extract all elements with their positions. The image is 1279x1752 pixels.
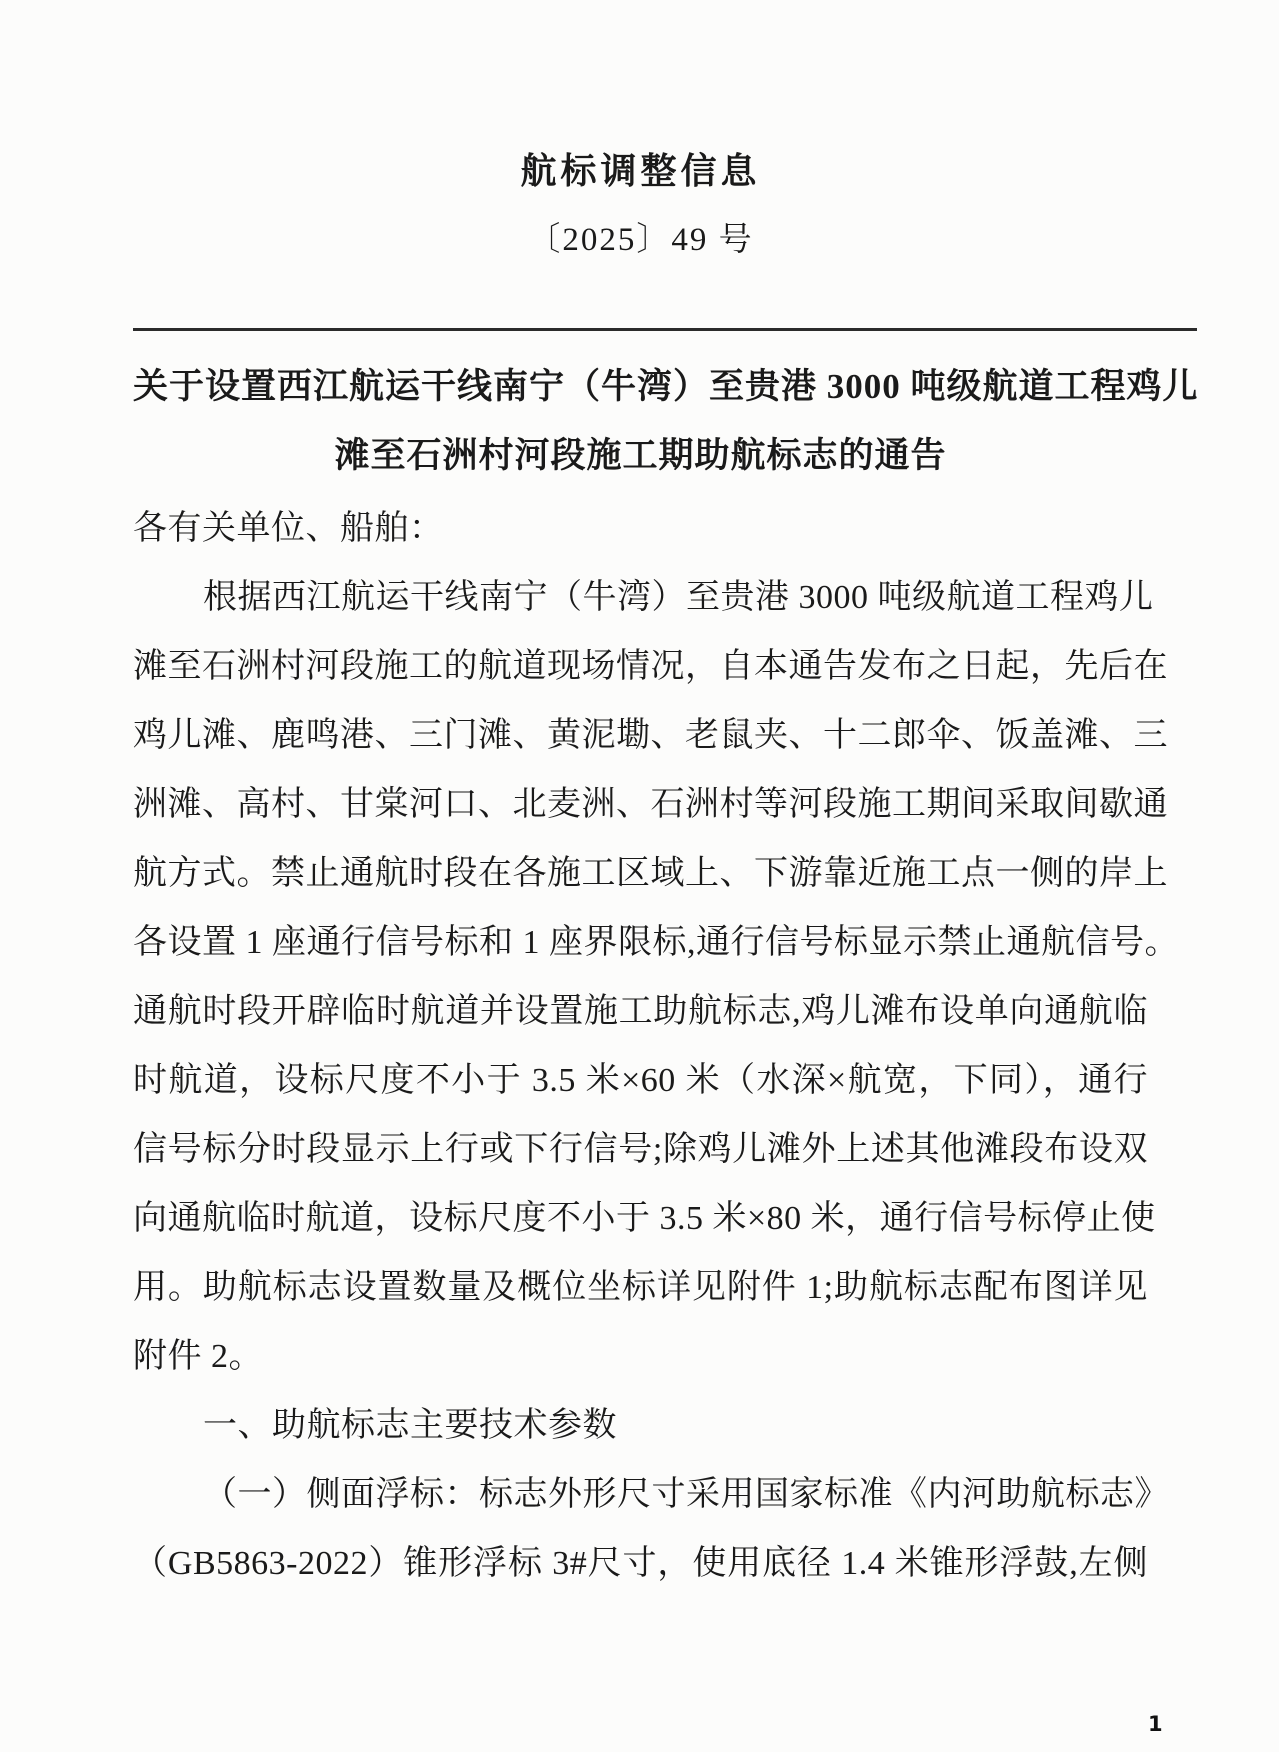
body-line: （一）侧面浮标：标志外形尺寸采用国家标准《内河助航标志》 xyxy=(133,1460,1148,1529)
body-line: 信号标分时段显示上行或下行信号;除鸡儿滩外上述其他滩段布设双 xyxy=(133,1115,1148,1184)
header-divider xyxy=(133,328,1197,331)
doc-title: 航标调整信息 xyxy=(133,150,1148,192)
body-line-section-heading: 一、助航标志主要技术参数 xyxy=(133,1391,1148,1460)
notice-body: 各有关单位、船舶： 根据西江航运干线南宁（牛湾）至贵港 3000 吨级航道工程鸡… xyxy=(133,494,1148,1598)
body-line: 通航时段开辟临时航道并设置施工助航标志,鸡儿滩布设单向通航临 xyxy=(133,977,1148,1046)
body-line: 用。助航标志设置数量及概位坐标详见附件 1;助航标志配布图详见 xyxy=(133,1253,1148,1322)
notice-heading-line-2: 滩至石洲村河段施工期助航标志的通告 xyxy=(133,421,1148,490)
body-line: 根据西江航运干线南宁（牛湾）至贵港 3000 吨级航道工程鸡儿 xyxy=(133,563,1148,632)
body-line: 向通航临时航道，设标尺度不小于 3.5 米×80 米，通行信号标停止使 xyxy=(133,1184,1148,1253)
body-line-salutation: 各有关单位、船舶： xyxy=(133,494,1148,563)
notice-heading: 关于设置西江航运干线南宁（牛湾）至贵港 3000 吨级航道工程鸡儿 滩至石洲村河… xyxy=(133,352,1148,490)
body-line: 滩至石洲村河段施工的航道现场情况，自本通告发布之日起，先后在 xyxy=(133,632,1148,701)
body-line: 各设置 1 座通行信号标和 1 座界限标,通行信号标显示禁止通航信号。 xyxy=(133,908,1148,977)
body-line: 航方式。禁止通航时段在各施工区域上、下游靠近施工点一侧的岸上 xyxy=(133,839,1148,908)
doc-number: 〔2025〕49 号 xyxy=(133,221,1148,259)
body-line: （GB5863-2022）锥形浮标 3#尺寸，使用底径 1.4 米锥形浮鼓,左侧 xyxy=(133,1529,1148,1598)
notice-document-page: 航标调整信息 〔2025〕49 号 关于设置西江航运干线南宁（牛湾）至贵港 30… xyxy=(0,0,1279,1752)
body-line: 时航道，设标尺度不小于 3.5 米×60 米（水深×航宽，下同），通行 xyxy=(133,1046,1148,1115)
page-number: 1 xyxy=(1148,1712,1163,1736)
body-line: 附件 2。 xyxy=(133,1322,1148,1391)
body-line: 洲滩、高村、甘棠河口、北麦洲、石洲村等河段施工期间采取间歇通 xyxy=(133,770,1148,839)
body-line: 鸡儿滩、鹿鸣港、三门滩、黄泥墈、老鼠夹、十二郎伞、饭盖滩、三 xyxy=(133,701,1148,770)
notice-heading-line-1: 关于设置西江航运干线南宁（牛湾）至贵港 3000 吨级航道工程鸡儿 xyxy=(133,352,1148,421)
